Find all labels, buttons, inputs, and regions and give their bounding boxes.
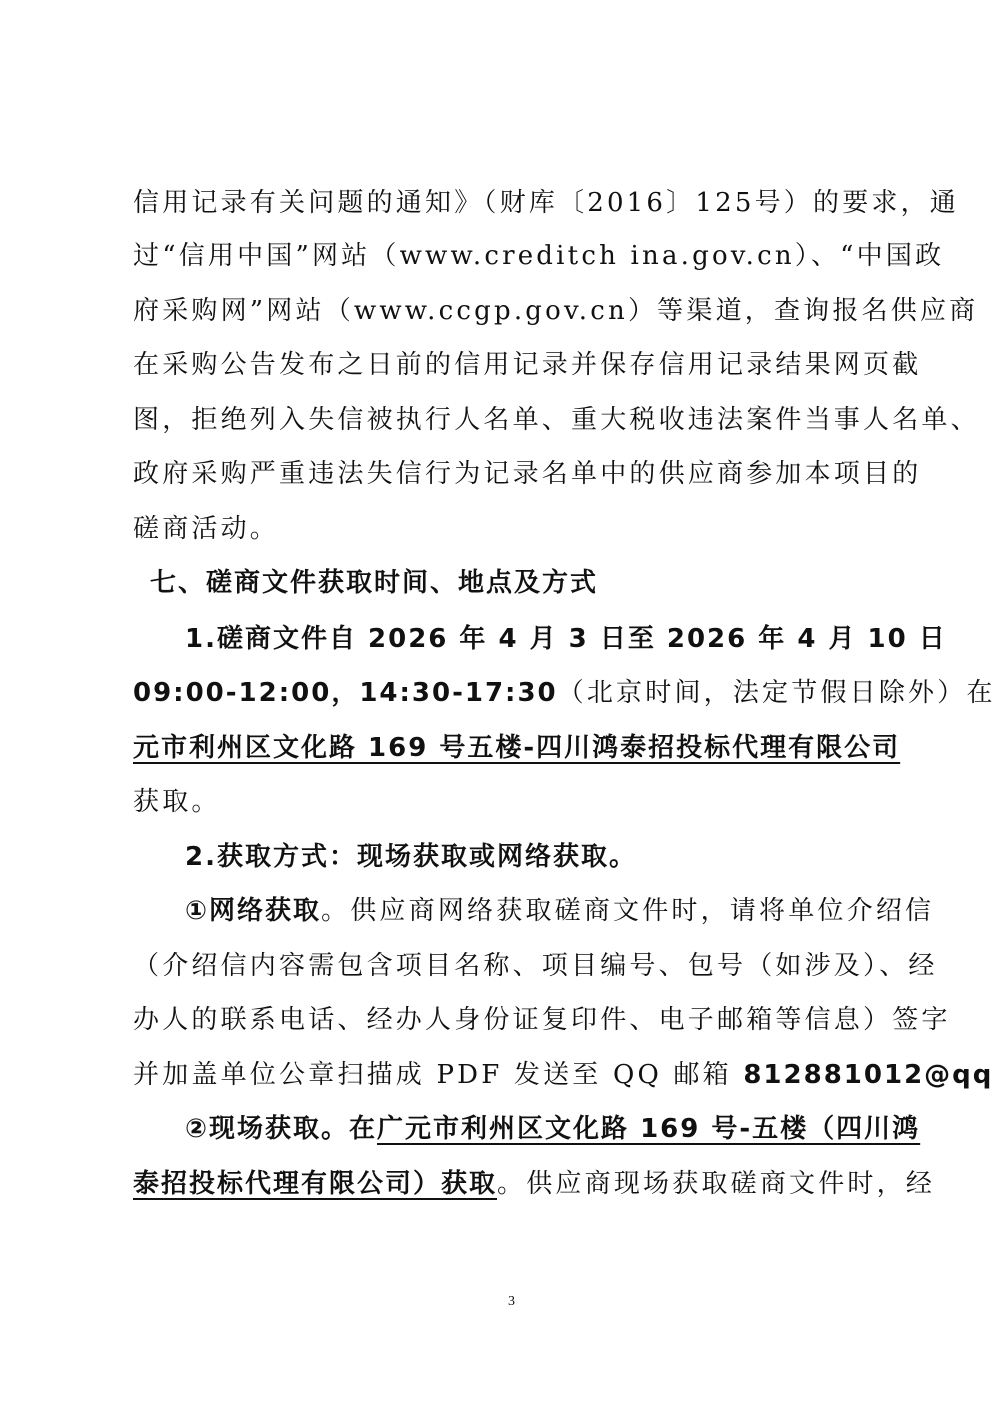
item1-end: 获取。 bbox=[133, 785, 873, 819]
email-address: 812881012@qq.com。 bbox=[743, 1060, 992, 1090]
online-line: ①网络获取。供应商网络获取磋商文件时，请将单位介绍信 bbox=[185, 894, 925, 928]
page-number: 3 bbox=[508, 1294, 515, 1310]
body-line: 信用记录有关问题的通知》（财库〔2016〕125号）的要求，通 bbox=[133, 186, 873, 220]
onsite-line-2: 泰招投标代理有限公司）获取。供应商现场获取磋商文件时，经 bbox=[133, 1167, 873, 1201]
body-line: 过“信用中国”网站（www.creditch ina.gov.cn）、“中国政 bbox=[133, 239, 873, 273]
onsite-line: ②现场获取。在广元市利州区文化路 169 号-五楼（四川鸿 bbox=[185, 1112, 925, 1146]
section-heading: 七、磋商文件获取时间、地点及方式 bbox=[150, 566, 890, 600]
item1-dates: 1.磋商文件自 2026 年 4 月 3 日至 2026 年 4 月 10 日 bbox=[185, 622, 925, 656]
body-line: 政府采购严重违法失信行为记录名单中的供应商参加本项目的 bbox=[133, 457, 873, 491]
item1-address: 元市利州区文化路 169 号五楼-四川鸿泰招投标代理有限公司 bbox=[133, 733, 900, 763]
body-line: 府采购网”网站（www.ccgp.gov.cn）等渠道，查询报名供应商 bbox=[133, 294, 873, 328]
item2-heading: 2.获取方式：现场获取或网络获取。 bbox=[185, 840, 925, 874]
onsite-text: 。供应商现场获取磋商文件时，经 bbox=[497, 1169, 935, 1199]
body-line: 在采购公告发布之日前的信用记录并保存信用记录结果网页截 bbox=[133, 348, 873, 382]
onsite-address: 广元市利州区文化路 169 号-五楼（四川鸿 bbox=[377, 1114, 920, 1144]
item1-paren: （北京时间，法定节假日除外）在 bbox=[558, 678, 992, 708]
body-line: （介绍信内容需包含项目名称、项目编号、包号（如涉及）、经 bbox=[133, 949, 873, 983]
onsite-address-cont: 泰招投标代理有限公司）获取 bbox=[133, 1169, 497, 1199]
item1-time-line: 09:00-12:00，14:30-17:30（北京时间，法定节假日除外）在 广 bbox=[133, 676, 873, 710]
email-prefix: 并加盖单位公章扫描成 PDF 发送至 QQ 邮箱 bbox=[133, 1060, 743, 1090]
item1-time: 09:00-12:00，14:30-17:30 bbox=[133, 678, 558, 708]
email-line: 并加盖单位公章扫描成 PDF 发送至 QQ 邮箱 812881012@qq.co… bbox=[133, 1058, 873, 1092]
online-text: 。供应商网络获取磋商文件时，请将单位介绍信 bbox=[321, 896, 934, 926]
onsite-label: ②现场获取。在 bbox=[185, 1114, 377, 1144]
item1-address-line: 元市利州区文化路 169 号五楼-四川鸿泰招投标代理有限公司 bbox=[133, 731, 873, 765]
online-label: ①网络获取 bbox=[185, 896, 321, 926]
body-line: 办人的联系电话、经办人身份证复印件、电子邮箱等信息）签字 bbox=[133, 1003, 873, 1037]
body-line: 图，拒绝列入失信被执行人名单、重大税收违法案件当事人名单、 bbox=[133, 403, 873, 437]
body-line: 磋商活动。 bbox=[133, 512, 873, 546]
